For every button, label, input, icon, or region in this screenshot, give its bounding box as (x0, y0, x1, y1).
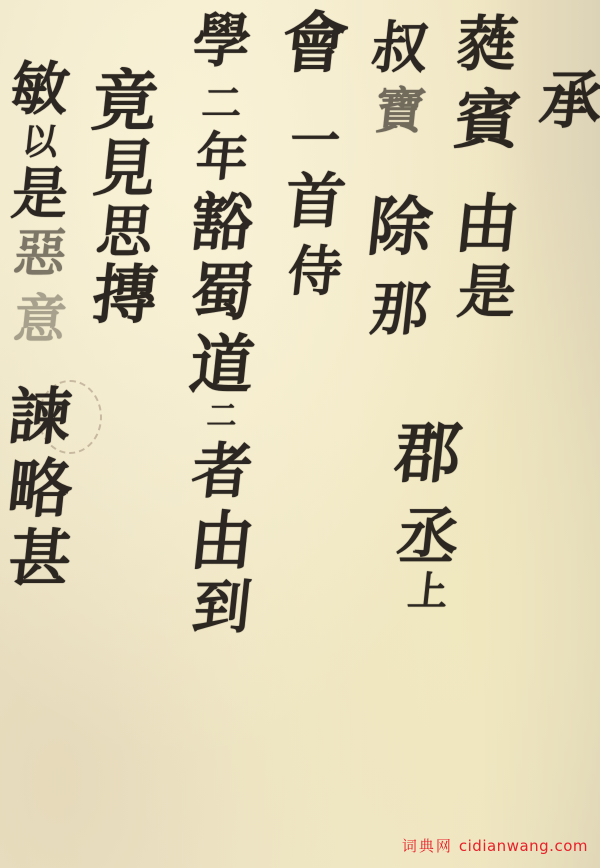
character: 以 (20, 124, 60, 160)
character: 是 (9, 166, 71, 222)
column-3: 叔 寶 除 那 (368, 20, 432, 398)
character: 摶 (90, 264, 161, 328)
character: 侍 (285, 244, 345, 298)
character: 者 (189, 442, 255, 502)
character: 寶 (372, 86, 427, 136)
column-2: 蕤 賓 由 是 (455, 15, 519, 321)
character: 蕤 (454, 15, 520, 75)
calligraphy-artwork: 承 蕤 賓 由 是 叔 寶 除 那 郡 丞 上 會 一 首 侍 學 二 年 豁 … (0, 0, 600, 868)
character: 敏 (8, 60, 72, 118)
column-6: 竟 見 思 摶 (92, 68, 158, 328)
character: 由 (187, 510, 258, 574)
character: 見 (91, 138, 160, 200)
character: 除 (365, 196, 436, 260)
character: 意 (11, 294, 68, 346)
character: 蜀 (188, 262, 257, 324)
column-1: 承 (540, 70, 600, 132)
character: 惡 (11, 228, 68, 280)
watermark-cn: 词典网 (402, 837, 453, 855)
character: 二 (200, 84, 244, 124)
character: 道 (187, 334, 258, 398)
character: 由 (452, 193, 523, 257)
character: 丞 (394, 506, 463, 568)
column-5: 學 二 年 豁 蜀 道 二 者 由 到 (190, 12, 254, 636)
column-7: 敏 以 是 惡 意 諫 略 甚 (8, 60, 72, 590)
character: 甚 (6, 528, 75, 590)
character: 首 (282, 172, 348, 232)
character: 一 (287, 116, 342, 166)
character: 年 (193, 132, 250, 184)
character: 是 (455, 263, 519, 321)
character: 郡 (392, 420, 465, 486)
character: 思 (94, 204, 156, 260)
character: 承 (537, 70, 600, 132)
character: 二 (205, 402, 238, 432)
character: 略 (5, 458, 76, 522)
character: 叔 (369, 20, 431, 76)
site-watermark: 词典网cidianwang.com (402, 835, 588, 856)
character: 竟 (89, 68, 162, 134)
character: 會 (279, 10, 352, 76)
character: 學 (190, 12, 254, 70)
character: 到 (190, 578, 254, 636)
character: 豁 (188, 192, 257, 254)
watermark-url: cidianwang.com (459, 837, 588, 855)
column-3b: 郡 丞 上 (395, 420, 461, 612)
character: 賓 (452, 89, 523, 153)
column-4: 會 一 首 侍 (282, 10, 348, 298)
character: 上 (406, 572, 450, 612)
character: 諫 (6, 386, 75, 448)
character: 那 (368, 280, 432, 338)
